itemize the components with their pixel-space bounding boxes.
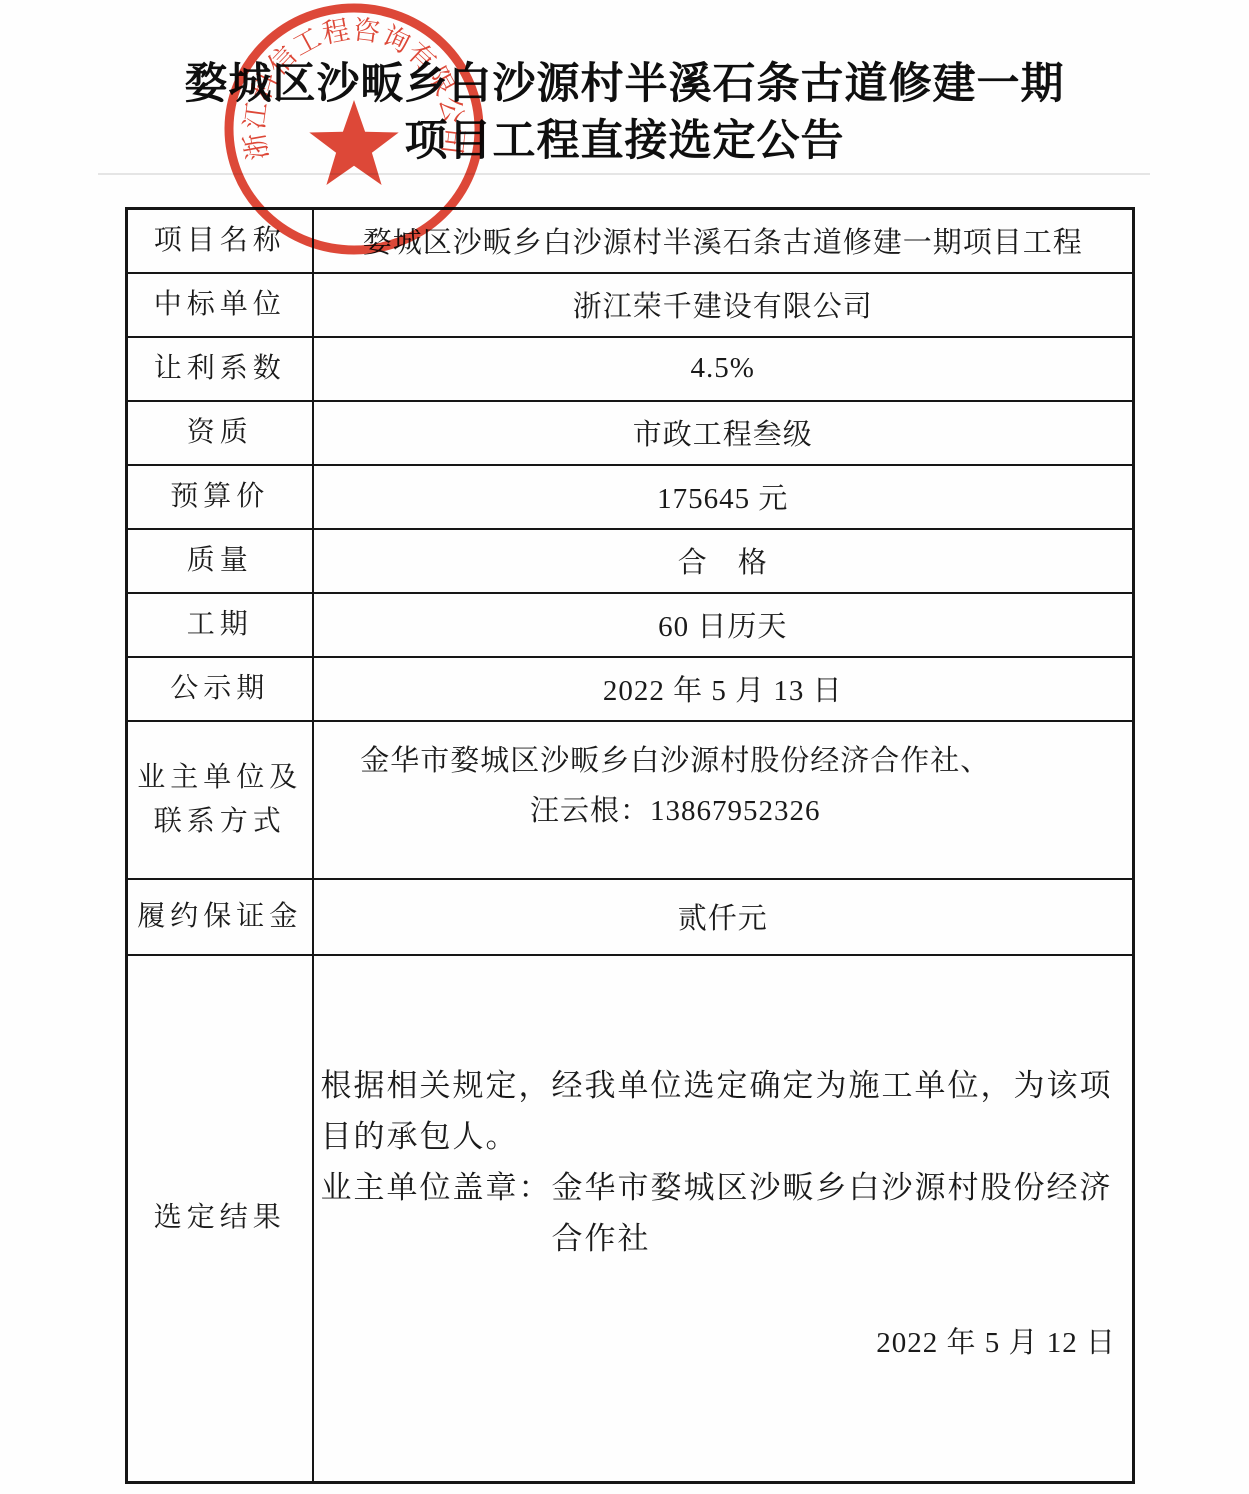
table-row: 资质 市政工程叁级 [127, 401, 1134, 465]
row-label: 履约保证金 [127, 879, 313, 955]
row-value: 4.5% [313, 337, 1134, 401]
table-row-owner-contact: 业主单位及 联系方式 金华市婺城区沙畈乡白沙源村股份经济合作社、 汪云根：138… [127, 721, 1134, 879]
row-value: 市政工程叁级 [313, 401, 1134, 465]
row-value: 175645 元 [313, 465, 1134, 529]
table-row-selection-result: 选定结果 根据相关规定，经我单位选定确定为施工单位，为该项 目的承包人。 业主单… [127, 955, 1134, 1483]
announcement-table: 项目名称 婺城区沙畈乡白沙源村半溪石条古道修建一期项目工程 中标单位 浙江荣千建… [125, 207, 1135, 1484]
row-label: 业主单位及 联系方式 [127, 721, 313, 879]
row-value: 2022 年 5 月 13 日 [313, 657, 1134, 721]
owner-contact-line-2: 汪云根：13867952326 [324, 786, 1028, 836]
table-row: 公示期 2022 年 5 月 13 日 [127, 657, 1134, 721]
row-label: 公示期 [127, 657, 313, 721]
announcement-page: 婺城区沙畈乡白沙源村半溪石条古道修建一期 项目工程直接选定公告 项目名称 婺城区… [0, 0, 1249, 1494]
row-label: 工期 [127, 593, 313, 657]
announcement-title: 婺城区沙畈乡白沙源村半溪石条古道修建一期 项目工程直接选定公告 [0, 56, 1249, 170]
row-label: 质量 [127, 529, 313, 593]
row-value: 婺城区沙畈乡白沙源村半溪石条古道修建一期项目工程 [313, 209, 1134, 273]
table-row: 让利系数 4.5% [127, 337, 1134, 401]
row-value: 根据相关规定，经我单位选定确定为施工单位，为该项 目的承包人。 业主单位盖章：金… [313, 955, 1134, 1483]
table-row: 履约保证金 贰仟元 [127, 879, 1134, 955]
table-row: 预算价 175645 元 [127, 465, 1134, 529]
table-row: 质量 合 格 [127, 529, 1134, 593]
row-label: 让利系数 [127, 337, 313, 401]
row-label: 中标单位 [127, 273, 313, 337]
row-label: 选定结果 [127, 955, 313, 1483]
table-row: 工期 60 日历天 [127, 593, 1134, 657]
row-value: 金华市婺城区沙畈乡白沙源村股份经济合作社、 汪云根：13867952326 [313, 721, 1134, 879]
owner-contact-line-1: 金华市婺城区沙畈乡白沙源村股份经济合作社、 [324, 736, 1028, 786]
row-value: 浙江荣千建设有限公司 [313, 273, 1134, 337]
row-value: 60 日历天 [313, 593, 1134, 657]
title-line-1: 婺城区沙畈乡白沙源村半溪石条古道修建一期 [0, 56, 1249, 113]
result-date: 2022 年 5 月 12 日 [321, 1320, 1123, 1361]
table-row: 项目名称 婺城区沙畈乡白沙源村半溪石条古道修建一期项目工程 [127, 209, 1134, 273]
row-value: 合 格 [313, 529, 1134, 593]
row-value: 贰仟元 [313, 879, 1134, 955]
result-paragraph: 根据相关规定，经我单位选定确定为施工单位，为该项 目的承包人。 业主单位盖章：金… [321, 1060, 1123, 1264]
row-label: 预算价 [127, 465, 313, 529]
title-divider [98, 173, 1150, 175]
row-label: 资质 [127, 401, 313, 465]
title-line-2: 项目工程直接选定公告 [0, 113, 1249, 170]
row-label: 项目名称 [127, 209, 313, 273]
table-row: 中标单位 浙江荣千建设有限公司 [127, 273, 1134, 337]
